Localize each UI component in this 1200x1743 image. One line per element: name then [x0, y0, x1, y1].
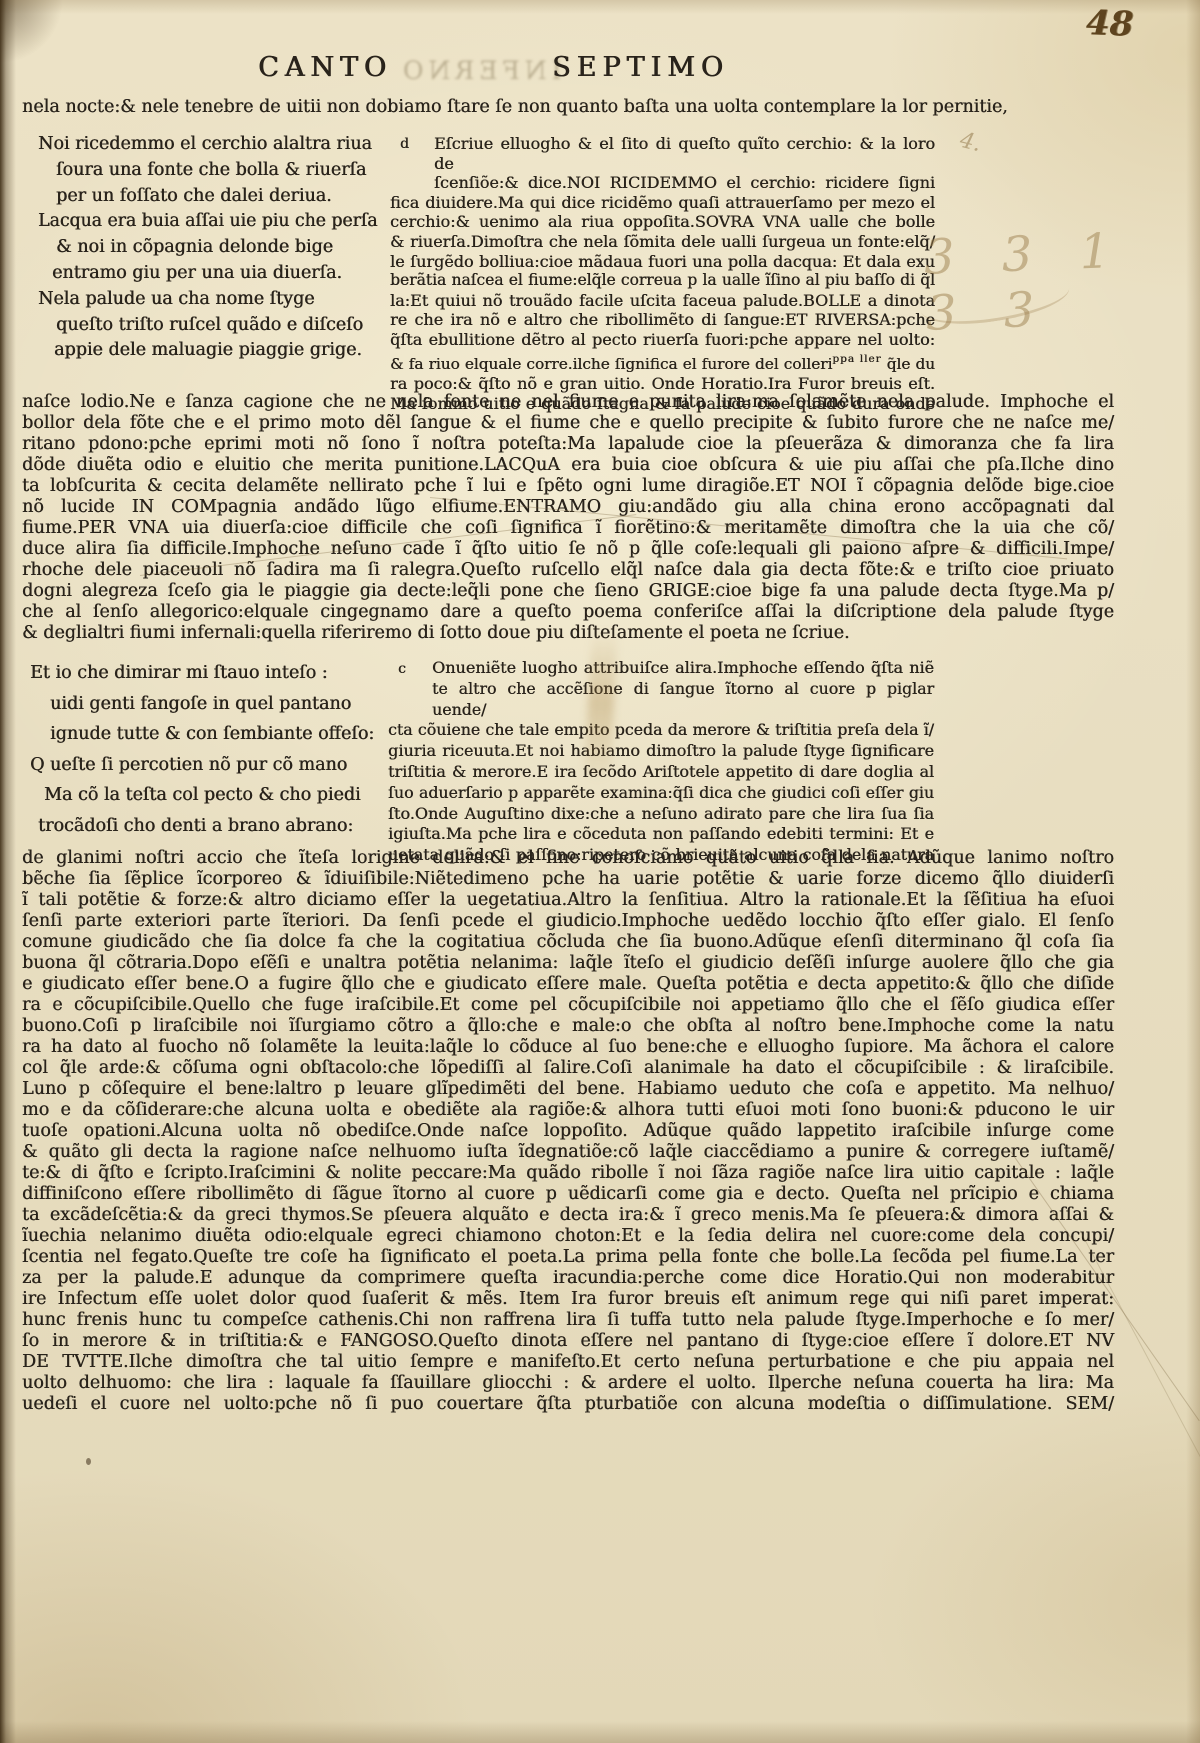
commentary-column-1: dEſcriue elluogho & el ſito di queſto qu…	[390, 134, 935, 413]
text-line: za per la palude.E adunque da comprimere…	[22, 1268, 1114, 1289]
text-line: & deglialtri fiumi infernali:quella rife…	[22, 623, 1114, 644]
running-header-canto: CANTO	[258, 52, 392, 83]
commentary-column-2: cOnueniẽte luogho attribuiſce alira.Imph…	[388, 658, 934, 866]
text-line: te altro che accẽſione di ſangue ĩtorno …	[388, 679, 934, 721]
text-line: uolto delhuomo: che lira : laquale fa ſſ…	[22, 1373, 1114, 1394]
text-line: dEſcriue elluogho & el ſito di queſto qu…	[390, 134, 935, 173]
text-line: berãtia naſcea el fiume:elq̃le correua p…	[390, 271, 935, 291]
text-line: igiuſta.Ma pche lira e cõceduta non paſſ…	[388, 824, 934, 845]
guide-letter: d	[400, 135, 409, 155]
text-line: ta lobſcurita & cecita delamẽte nellirat…	[22, 476, 1114, 497]
text-line: & riuerſa.Dimoſtra che nela ſõmita dele …	[390, 232, 935, 252]
text-line: & fa riuo elquale corre.ilche ſignifica …	[390, 350, 935, 375]
running-header-septimo: SEPTIMO	[552, 52, 729, 83]
text-line: uidi genti fangoſe in quel pantano	[30, 689, 378, 720]
text-line: bẽche ſia ſẽplice ĩcorporeo & ĩdiuiſibil…	[22, 869, 1114, 890]
text-line: Q ueſte ſi percotien nõ pur cõ mano	[30, 750, 378, 781]
text-line: buona q̃l cõtraria.Dopo eſẽſi e unaltra …	[22, 953, 1114, 974]
text-line: rhoche dele piaceuoli nõ ſadira ma ſi ra…	[22, 560, 1114, 581]
text-line: queſto triſto ruſcel quãdo e diſceſo	[38, 313, 378, 339]
text-line: triſtitia & merore.E ira ſecõdo Ariſtote…	[388, 762, 934, 783]
text-line: ſoura una fonte che bolla & riuerſa	[38, 158, 378, 184]
text-line: fica diuidere.Ma qui dice ricidẽmo quaſi…	[390, 193, 935, 213]
text-line: col q̃le arde:& cõſuma ogni obſtacolo:ch…	[22, 1058, 1114, 1079]
text-line: diffiniſcono eſſere ribollimẽto di ſãgue…	[22, 1184, 1114, 1205]
text-line: trocãdoſi cho denti a brano abrano:	[30, 811, 378, 842]
text-line: tuoſe opationi.Alcuna uolta nõ obediſce.…	[22, 1121, 1114, 1142]
incunable-page: CANTO INFERNO SEPTIMO 48 nela nocte:& ne…	[0, 0, 1200, 1743]
marginal-faint-mark: 4.	[957, 128, 983, 157]
text-line: de glanimi noſtri accio che ĩteſa lorigi…	[22, 848, 1114, 869]
text-line: ritano pdono:pche eprimi moti nõ ſono ĩ …	[22, 434, 1114, 455]
text-line: dogni alegreza ſceſo gia le piaggie gia …	[22, 581, 1114, 602]
text-line: dõde diuẽta odio e eluitio che merita pu…	[22, 455, 1114, 476]
text-line: cerchio:& uenimo ala riua oppoſita.SOVRA…	[390, 212, 935, 232]
handwritten-folio-number: 48	[1085, 3, 1134, 45]
commentary-full-block-1: naſce lodio.Ne e ſanza cagione che ne ne…	[22, 392, 1114, 644]
text-line: ſuo aduerſario p apparẽte examina:q̃ſi d…	[388, 783, 934, 804]
text-line: cta cõuiene che tale empito pceda da mer…	[388, 720, 934, 741]
text-line: duce alira ſia difficile.Imphoche neſuno…	[22, 539, 1114, 560]
text-line: bollor dela fõte che e el primo moto dẽl…	[22, 413, 1114, 434]
text-line: ra poco:& q̃ſto nõ e gran uitio. Onde Ho…	[390, 374, 935, 394]
text-line: ſcenſiõe:& dice.NOI RICIDEMMO el cerchio…	[390, 173, 935, 193]
text-line: & quãto gli decta la ragione naſce nelhu…	[22, 1142, 1114, 1163]
text-line: buono.Coſi p liraſcibile noi ĩſurgiamo c…	[22, 1016, 1114, 1037]
text-line: te:& di q̃ſto e ſcripto.Iraſcimini & nol…	[22, 1163, 1114, 1184]
text-line: ſenſi parte exteriori parte ĩteriori. Da…	[22, 911, 1114, 932]
text-line: che al ſenſo allegorico:elquale cingegna…	[22, 602, 1114, 623]
text-line: fiume.PER VNA uia diuerſa:cioe difficile…	[22, 518, 1114, 539]
text-line: appie dele maluagie piaggie grige.	[38, 338, 378, 364]
text-line: ſcentia nel fegato.Queſte tre coſe ha ſi…	[22, 1247, 1114, 1268]
text-line: Et io che dimirar mi ſtauo inteſo :	[30, 658, 378, 689]
text-line: Lacqua era buia aſſai uie piu che perſa	[38, 209, 378, 235]
text-line: le ſurgẽdo bolliua:cioe mãdaua fuori una…	[390, 252, 935, 272]
text-line: ra e cõcupiſcibile.Quello che fuge iraſc…	[22, 995, 1114, 1016]
text-line: nõ lucide IN COMpagnia andãdo lũgo elfiu…	[22, 497, 1114, 518]
text-line: ta excãdeſcẽtia:& da greci thymos.Se pſe…	[22, 1205, 1114, 1226]
text-line: DE TVTTE.Ilche dimoſtra che tal uitio ſe…	[22, 1352, 1114, 1373]
text-line: ſo in merore & in triſtitia:& e FANGOSO.…	[22, 1331, 1114, 1352]
text-line: cOnueniẽte luogho attribuiſce alira.Imph…	[388, 658, 934, 679]
text-line: giuria riceuuta.Et noi habiamo dimoſtro …	[388, 741, 934, 762]
text-line: la:Et quiui nõ trouãdo facile uſcita fac…	[390, 291, 935, 311]
text-line: q̃ſta ebullitione dẽtro al pecto riuerſa…	[390, 330, 935, 350]
text-line: mo e da cõſiderare:che alcuna uolta e ob…	[22, 1100, 1114, 1121]
text-line: comune giudicãdo che ſia dolce fa che la…	[22, 932, 1114, 953]
text-line: Ma cõ la teſta col pecto & cho piedi	[30, 780, 378, 811]
text-line: ignude tutte & con ſembiante offeſo:	[30, 719, 378, 750]
interlinear-insertion: ppa ller	[832, 353, 881, 365]
verse-column-1: Noi ricedemmo el cerchio alaltra riuaſou…	[38, 132, 378, 364]
guide-letter: c	[398, 659, 406, 680]
text-line: Luno p cõſequire el bene:laltro p leuare…	[22, 1079, 1114, 1100]
commentary-full-block-2: de glanimi noſtri accio che ĩteſa lorigi…	[22, 848, 1114, 1415]
showthrough-inferno-ghost-text: INFERNO	[398, 56, 562, 85]
text-line: e giudicato eſſer bene.O a fugire q̃llo …	[22, 974, 1114, 995]
text-line: ire Infectum eſſe uolet dolor quod ſuaſe…	[22, 1289, 1114, 1310]
text-line: re che ira nõ e altro che ribollimẽto di…	[390, 310, 935, 330]
ink-speck	[86, 1458, 91, 1465]
text-line: per un foſſato che dalei deriua.	[38, 184, 378, 210]
intro-line: nela nocte:& nele tenebre de uitii non d…	[22, 97, 1008, 117]
text-line: ĩ tali potẽtie & forze:& altro diciamo e…	[22, 890, 1114, 911]
text-line: hunc frenis hunc tu compeſce cathenis.Ch…	[22, 1310, 1114, 1331]
verse-column-2: Et io che dimirar mi ſtauo inteſo :uidi …	[30, 658, 378, 842]
text-line: entramo giu per una uia diuerſa.	[38, 261, 378, 287]
text-line: & noi in cõpagnia delonde bige	[38, 235, 378, 261]
text-line: Nela palude ua cha nome ſtyge	[38, 287, 378, 313]
text-line: ſto.Onde Auguſtino dixe:che a neſuno adi…	[388, 804, 934, 825]
text-line: naſce lodio.Ne e ſanza cagione che ne ne…	[22, 392, 1114, 413]
text-line: uedeſi el cuore nel uolto:pche nõ ſi puo…	[22, 1394, 1114, 1415]
text-line: Noi ricedemmo el cerchio alaltra riua	[38, 132, 378, 158]
text-line: ra ha dato al fuocho nõ ſolamẽte la leui…	[22, 1037, 1114, 1058]
text-line: ĩuechia nelanimo diuẽta odio:elquale egr…	[22, 1226, 1114, 1247]
